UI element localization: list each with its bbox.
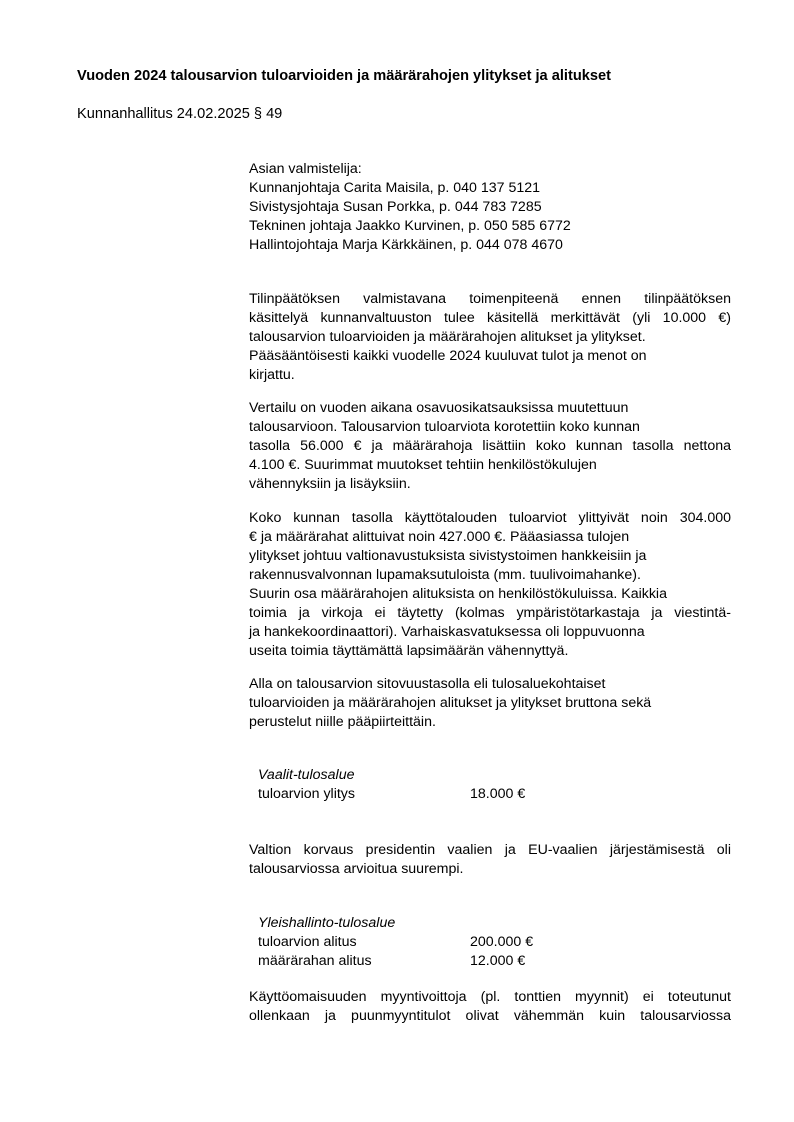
amount-value: 12.000 € [470, 952, 525, 971]
preparer-line: Kunnanjohtaja Carita Maisila, p. 040 137… [249, 179, 731, 198]
paragraph-line: tuloarvioiden ja määrärahojen alitukset … [249, 694, 731, 713]
paragraph-line: kirjattu. [249, 366, 731, 385]
paragraph: Vertailu on vuoden aikana osavuosikatsau… [249, 399, 731, 494]
amount-label: tuloarvion alitus [258, 933, 357, 952]
explanation-line: talousarviossa arvioitua suurempi. [249, 860, 731, 879]
paragraph-line: Koko kunnan tasolla käyttötalouden tuloa… [249, 509, 731, 528]
paragraph-line: ylitykset johtuu valtionavustuksista siv… [249, 547, 731, 566]
amount-row: määrärahan alitus 12.000 € [249, 952, 731, 971]
paragraph: Koko kunnan tasolla käyttötalouden tuloa… [249, 509, 731, 661]
preparer-line: Sivistysjohtaja Susan Porkka, p. 044 783… [249, 198, 731, 217]
paragraph-line: Pääsääntöisesti kaikki vuodelle 2024 kuu… [249, 347, 731, 366]
meeting-reference: Kunnanhallitus 24.02.2025 § 49 [77, 106, 282, 122]
paragraph-line: useita toimia täyttämättä lapsimäärän vä… [249, 642, 731, 661]
paragraph-line: ja hankekoordinaattori). Varhaiskasvatuk… [249, 623, 731, 642]
paragraph-line: Alla on talousarvion sitovuustasolla eli… [249, 675, 731, 694]
amount-value: 18.000 € [470, 785, 525, 804]
explanation-line: ollenkaan ja puunmyyntitulot olivat vähe… [249, 1007, 731, 1026]
paragraph: Alla on talousarvion sitovuustasolla eli… [249, 675, 731, 732]
paragraph-line: vähennyksiin ja lisäyksiin. [249, 475, 731, 494]
amount-label: tuloarvion ylitys [258, 785, 355, 804]
paragraph: Tilinpäätöksen valmistavana toimenpiteen… [249, 290, 731, 385]
paragraph-line: perustelut niille pääpiirteittäin. [249, 713, 731, 732]
paragraph-line: toimia ja virkoja ei täytetty (kolmas ym… [249, 604, 731, 623]
paragraph-line: talousarvion tuloarvioiden ja määrärahoj… [249, 328, 731, 347]
paragraph-line: talousarvioon. Talousarvion tuloarviota … [249, 418, 731, 437]
section-heading: Vaalit-tulosalue [258, 766, 354, 785]
amount-value: 200.000 € [470, 933, 533, 952]
preparers-block: Asian valmistelija: Kunnanjohtaja Carita… [249, 160, 731, 255]
explanation-line: Käyttöomaisuuden myyntivoittoja (pl. ton… [249, 988, 731, 1007]
preparer-line: Tekninen johtaja Jaakko Kurvinen, p. 050… [249, 217, 731, 236]
document-title: Vuoden 2024 talousarvion tuloarvioiden j… [77, 68, 611, 84]
preparer-line: Hallintojohtaja Marja Kärkkäinen, p. 044… [249, 236, 731, 255]
amount-label: määrärahan alitus [258, 952, 372, 971]
paragraph-line: Vertailu on vuoden aikana osavuosikatsau… [249, 399, 731, 418]
amount-row: tuloarvion ylitys 18.000 € [249, 785, 731, 804]
paragraph-line: Tilinpäätöksen valmistavana toimenpiteen… [249, 290, 731, 309]
paragraph-line: 4.100 €. Suurimmat muutokset tehtiin hen… [249, 456, 731, 475]
paragraph-line: tasolla 56.000 € ja määrärahoja lisättii… [249, 437, 731, 456]
paragraph-line: rakennusvalvonnan lupamaksutuloista (mm.… [249, 566, 731, 585]
amount-row: tuloarvion alitus 200.000 € [249, 933, 731, 952]
preparers-heading: Asian valmistelija: [249, 160, 731, 179]
paragraph-line: € ja määrärahat alittuivat noin 427.000 … [249, 528, 731, 547]
paragraph-line: Suurin osa määrärahojen alituksista on h… [249, 585, 731, 604]
paragraph-line: käsittelyä kunnanvaltuuston tulee käsite… [249, 309, 731, 328]
explanation-line: Valtion korvaus presidentin vaalien ja E… [249, 841, 731, 860]
section-heading: Yleishallinto-tulosalue [258, 914, 395, 933]
